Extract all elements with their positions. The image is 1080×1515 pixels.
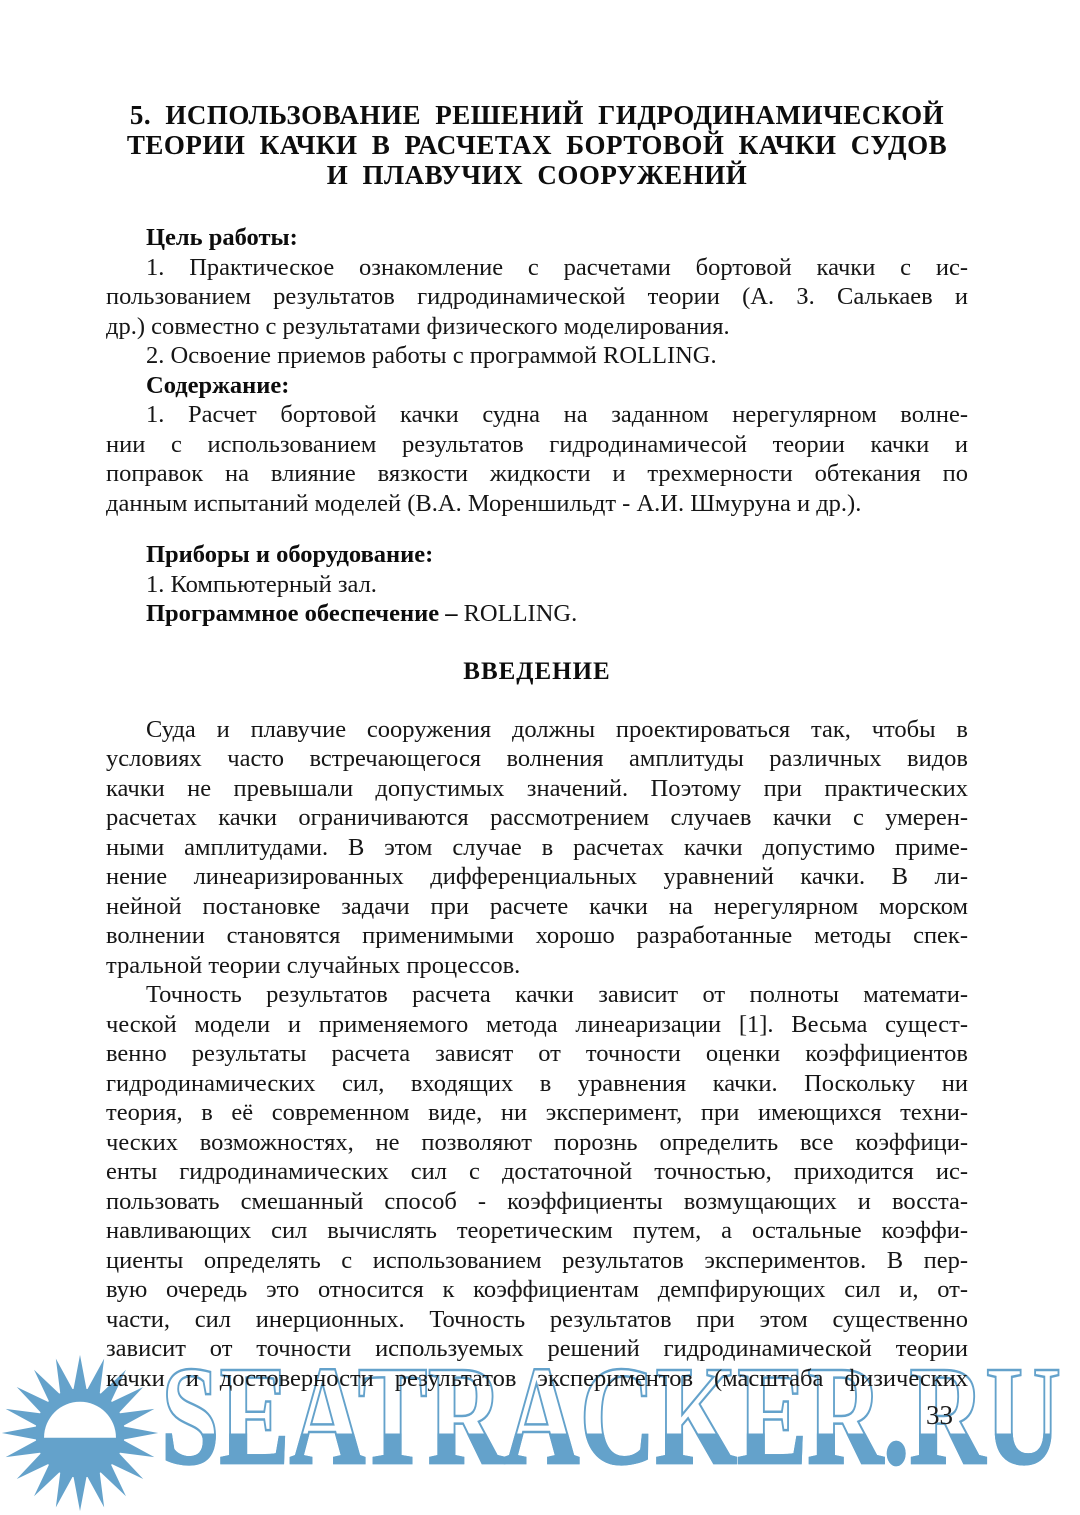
text-line: Суда и плавучие сооружения должны проект… [106,715,968,745]
text-line: ческой модели и применяемого метода лине… [106,1010,968,1040]
text-line: Содержание: [106,371,968,401]
section-goal-and-contents: Цель работы:1. Практическое ознакомление… [106,223,968,518]
text-line-bold-part: Программное обеспечение – [146,600,457,627]
text-line: 1. Практическое ознакомление с расчетами… [106,253,968,283]
chapter-title: 5. ИСПОЛЬЗОВАНИЕ РЕШЕНИЙ ГИДРОДИНАМИЧЕСК… [106,100,968,190]
text-line: пользованием результатов гидродинамическ… [106,282,968,312]
text-line: Точность результатов расчета качки завис… [106,980,968,1010]
text-line: Программное обеспечение – ROLLING. [106,599,968,629]
text-line: нение линеаризированных дифференциальных… [106,862,968,892]
text-line: И ПЛАВУЧИХ СООРУЖЕНИЙ [106,160,968,190]
page-number: 33 [926,1400,953,1430]
text-line: качки не превышали допустимых значений. … [106,774,968,804]
text-line: нейной постановке задачи при расчете кач… [106,892,968,922]
text-line: поправок на влияние вязкости жидкости и … [106,459,968,489]
intro-paragraph-2: Точность результатов расчета качки завис… [106,980,968,1393]
text-line: Цель работы: [106,223,968,253]
text-line: 1. Расчет бортовой качки судна на заданн… [106,400,968,430]
text-line: тральной теории случайных процессов. [106,951,968,981]
text-line: навливающих сил вычислять теоретическим … [106,1216,968,1246]
text-line: расчетах качки ограничиваются рассмотрен… [106,803,968,833]
intro-heading: ВВЕДЕНИЕ [106,657,968,687]
text-line: волнении становятся применимыми хорошо р… [106,921,968,951]
text-line: теория, в её современном виде, ни экспер… [106,1098,968,1128]
text-line: ТЕОРИИ КАЧКИ В РАСЧЕТАХ БОРТОВОЙ КАЧКИ С… [106,130,968,160]
text-line: условиях часто встречающегося волнения а… [106,744,968,774]
text-line: 1. Компьютерный зал. [106,570,968,600]
section-equipment: Приборы и оборудование:1. Компьютерный з… [106,540,968,629]
text-line: нии с использованием результатов гидроди… [106,430,968,460]
text-line: вую очередь это относится к коэффициента… [106,1275,968,1305]
document-page: 5. ИСПОЛЬЗОВАНИЕ РЕШЕНИЙ ГИДРОДИНАМИЧЕСК… [0,0,1080,1515]
text-line: венно результаты расчета зависят от точн… [106,1039,968,1069]
text-line: ческих возможностях, не позволяют порозн… [106,1128,968,1158]
text-line: Приборы и оборудование: [106,540,968,570]
text-line: пользовать смешанный способ - коэффициен… [106,1187,968,1217]
text-line: 5. ИСПОЛЬЗОВАНИЕ РЕШЕНИЙ ГИДРОДИНАМИЧЕСК… [106,100,968,130]
text-line: ными амплитудами. В этом случае в расчет… [106,833,968,863]
text-line: части, сил инерционных. Точность результ… [106,1305,968,1335]
text-line: 2. Освоение приемов работы с программой … [106,341,968,371]
text-line: качки и достоверности результатов экспер… [106,1364,968,1394]
text-line: др.) совместно с результатами физическог… [106,312,968,342]
intro-paragraph-1: Суда и плавучие сооружения должны проект… [106,715,968,981]
text-line: данным испытаний моделей (В.А. Мореншиль… [106,489,968,519]
text-line: зависит от точности используемых решений… [106,1334,968,1364]
text-line: циенты определять с использованием резул… [106,1246,968,1276]
text-line: гидродинамических сил, входящих в уравне… [106,1069,968,1099]
text-line: енты гидродинамических сил с достаточной… [106,1157,968,1187]
page-content: 5. ИСПОЛЬЗОВАНИЕ РЕШЕНИЙ ГИДРОДИНАМИЧЕСК… [106,0,968,1393]
